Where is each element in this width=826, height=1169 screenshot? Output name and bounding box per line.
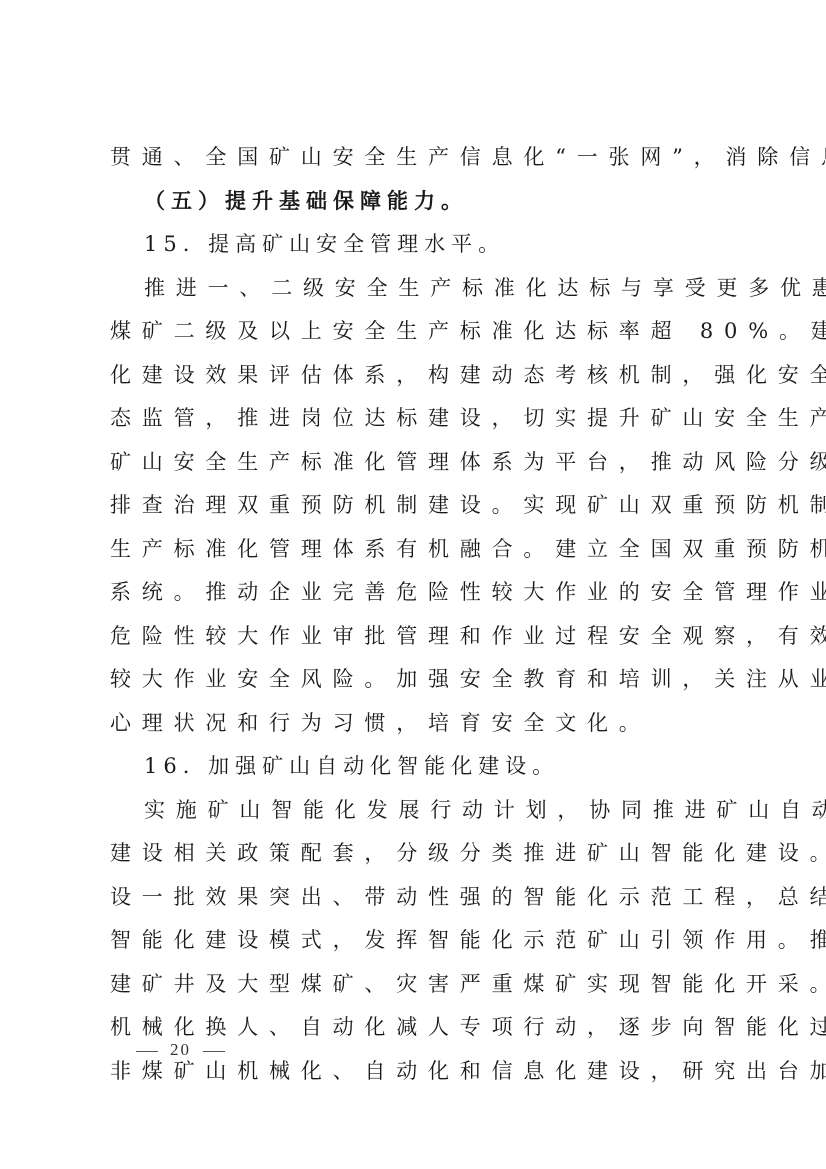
dash-right xyxy=(203,1051,225,1052)
paragraph-line: 危险性较大作业审批管理和作业过程安全观察，有效降低危险性 xyxy=(110,615,722,659)
paragraph-line: 建矿井及大型煤矿、灾害严重煤矿实现智能化开采。小煤矿深化 xyxy=(110,963,722,1007)
item-heading: 16. 加强矿山自动化智能化建设。 xyxy=(110,745,722,789)
dash-left xyxy=(136,1051,158,1052)
section-heading: （五）提升基础保障能力。 xyxy=(110,180,722,224)
paragraph-line: 实施矿山智能化发展行动计划，协同推进矿山自动化、智能化 xyxy=(110,789,722,833)
page-number: 20 xyxy=(170,1040,191,1059)
paragraph-line: 化建设效果评估体系，构建动态考核机制，强化安全生产标准化动 xyxy=(110,354,722,398)
paragraph-line: 心理状况和行为习惯，培育安全文化。 xyxy=(110,702,722,746)
paragraph-line: 设一批效果突出、带动性强的智能化示范工程，总结提炼可复制的 xyxy=(110,876,722,920)
paragraph-line: 矿山安全生产标准化管理体系为平台，推动风险分级管控和隐患 xyxy=(110,441,722,485)
paragraph-line: 推进一、二级安全生产标准化达标与享受更多优惠政策挂钩， xyxy=(110,267,722,311)
paragraph-line: 态监管，推进岗位达标建设，切实提升矿山安全生产管理水平。以 xyxy=(110,397,722,441)
paragraph-line: 智能化建设模式，发挥智能化示范矿山引领作用。推动新建、改扩 xyxy=(110,919,722,963)
paragraph-line: 贯通、全国矿山安全生产信息化“一张网”，消除信息孤岛。 xyxy=(110,136,722,180)
document-page: 贯通、全国矿山安全生产信息化“一张网”，消除信息孤岛。 （五）提升基础保障能力。… xyxy=(110,136,722,1093)
paragraph-line: 建设相关政策配套，分级分类推进矿山智能化建设。因地制宜建 xyxy=(110,832,722,876)
paragraph-line: 较大作业安全风险。加强安全教育和培训，关注从业人员的生理、 xyxy=(110,658,722,702)
paragraph-line: 煤矿二级及以上安全生产标准化达标率超 80%。建立完善标准 xyxy=(110,310,722,354)
paragraph-line: 生产标准化管理体系有机融合。建立全国双重预防机制管控信息 xyxy=(110,528,722,572)
item-heading: 15. 提高矿山安全管理水平。 xyxy=(110,223,722,267)
page-footer: 20 xyxy=(124,1040,237,1060)
paragraph-line: 排查治理双重预防机制建设。实现矿山双重预防机制建设和安全 xyxy=(110,484,722,528)
paragraph-line: 系统。推动企业完善危险性较大作业的安全管理作业流程，强化 xyxy=(110,571,722,615)
